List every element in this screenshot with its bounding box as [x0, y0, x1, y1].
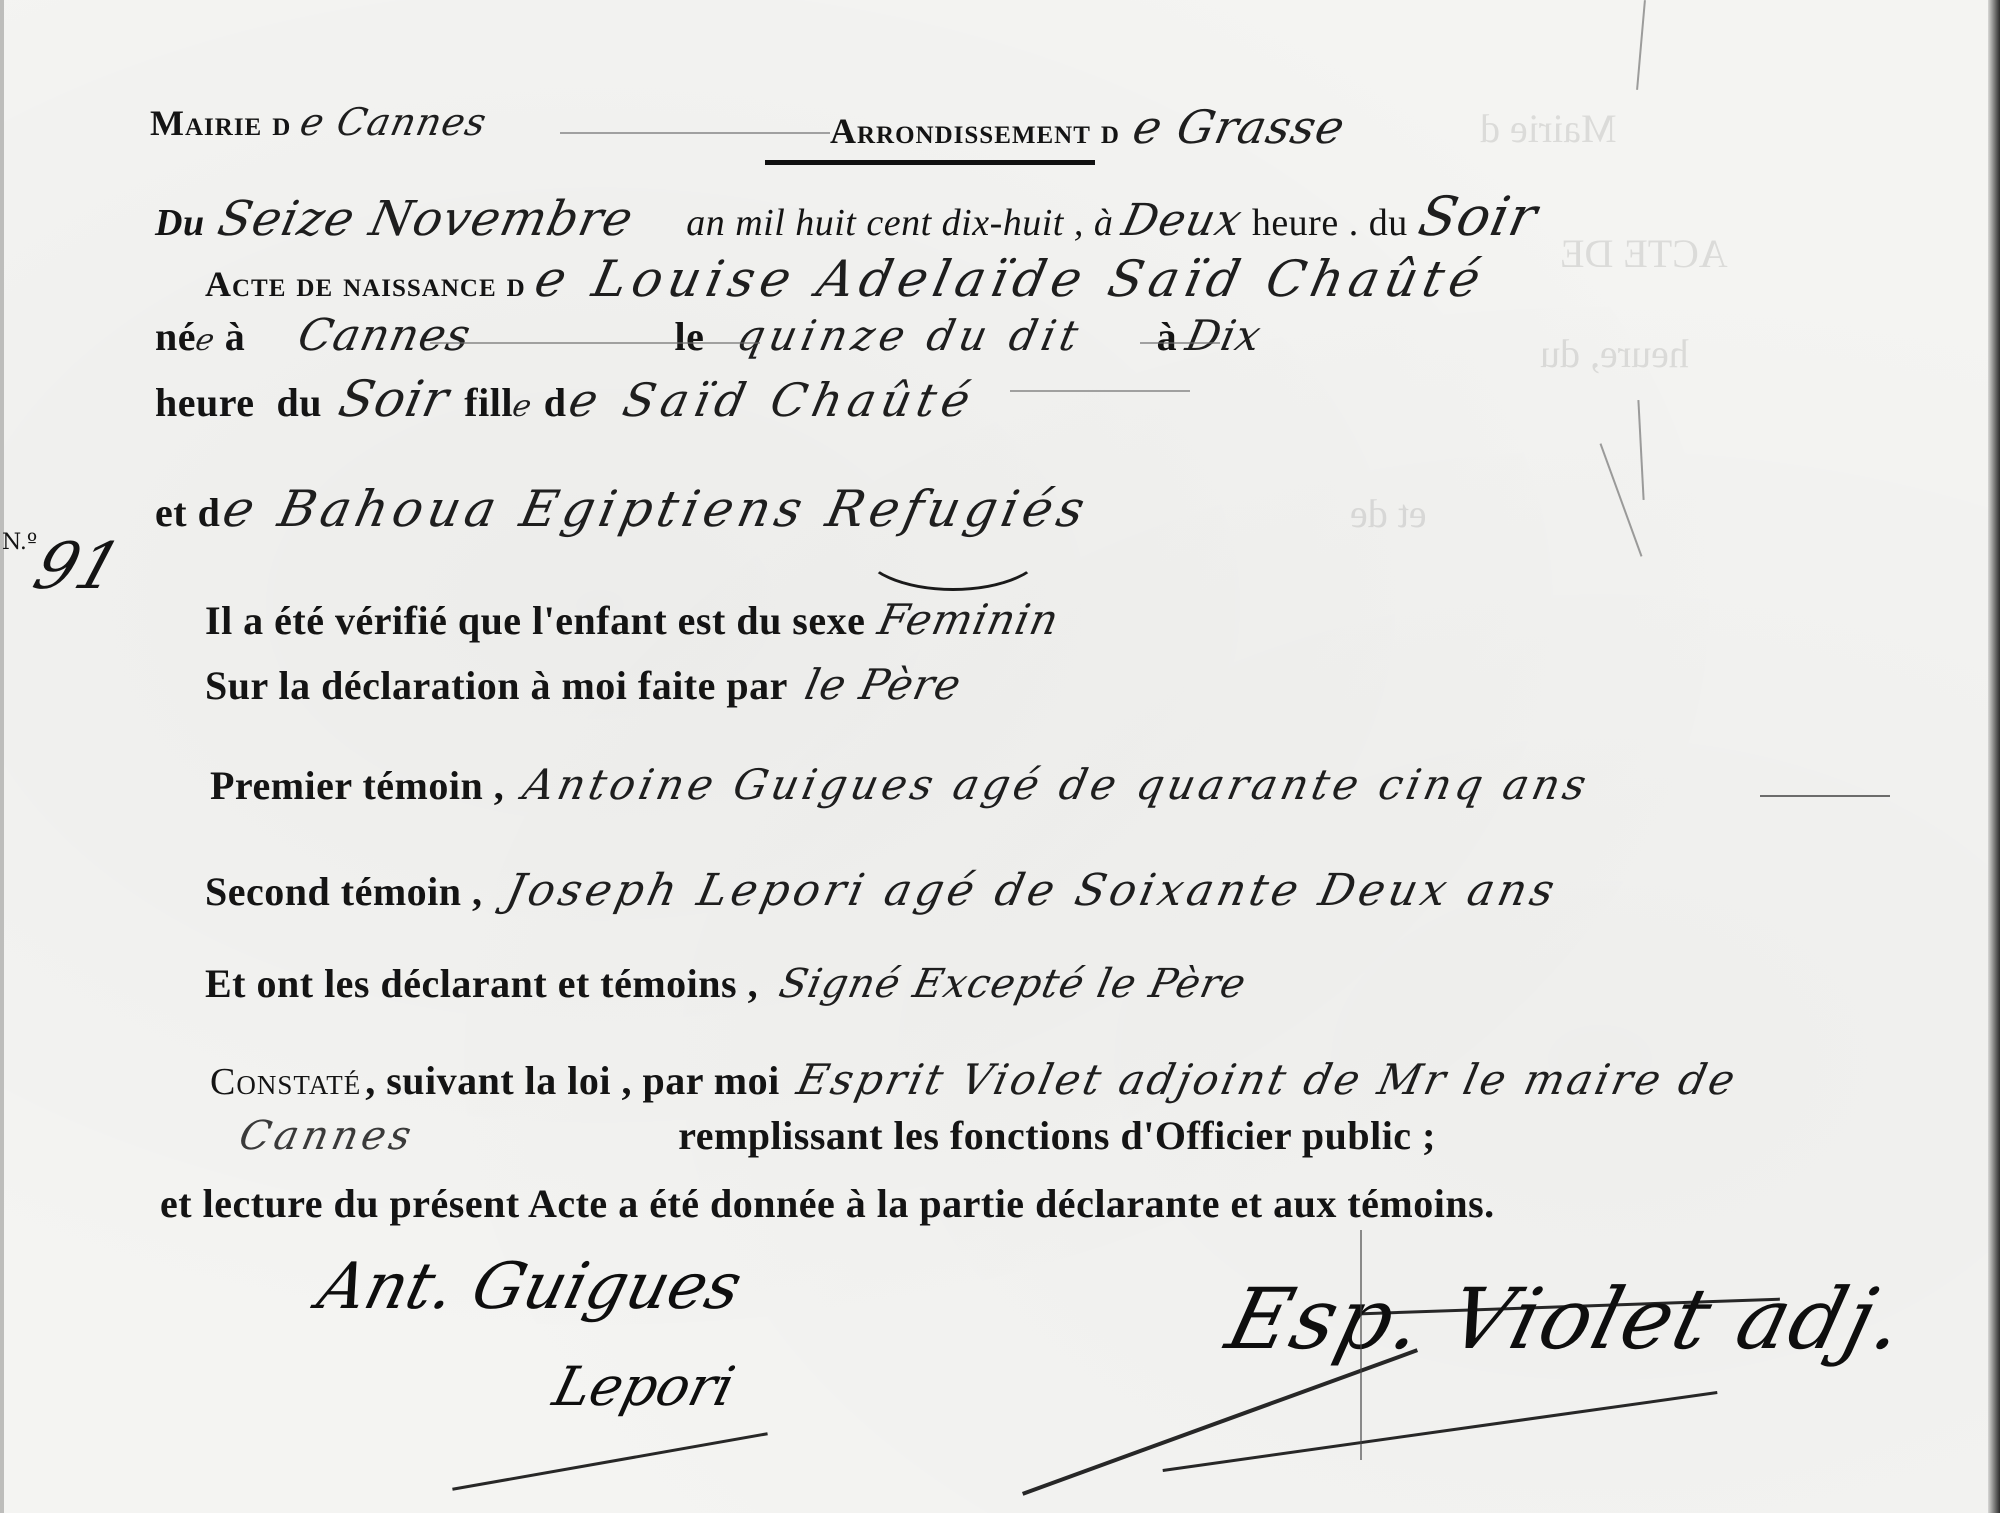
ne-suffix: e: [192, 323, 218, 358]
witness-2-label: Second témoin ,: [205, 869, 483, 914]
bleed-through-text: ACTE DE: [1560, 230, 1728, 277]
birth-day-rule: [1140, 342, 1220, 344]
signature-officer-paraph: [1163, 1391, 1718, 1472]
page-right-edge-shadow: [1988, 0, 2000, 1513]
arrondissement-label: Arrondissement d: [830, 111, 1120, 151]
margin-number-prefix: N.º: [2, 530, 37, 555]
page-left-edge: [0, 0, 4, 1513]
constate-label: Constaté: [210, 1061, 361, 1103]
date-value: Seize Novembre: [213, 191, 639, 247]
signature-officer: Esp. Violet adj.: [1218, 1270, 1916, 1368]
officer-role-printed: remplissant les fonctions d'Officier pub…: [678, 1113, 1436, 1158]
birth-place-value: Cannes: [294, 310, 476, 361]
declarant-value: le Père: [801, 660, 966, 709]
signature-officer-stroke: [1022, 1348, 1418, 1495]
heure-du-printed: heure . du: [1252, 202, 1408, 244]
signature-witness-1: Ant. Guigues: [311, 1250, 749, 1324]
fille-suffix: e: [509, 389, 535, 424]
officer-continuation-line: Cannes remplissant les fonctions d'Offic…: [220, 1112, 1436, 1159]
scanned-document-page: Mairie d ACTE DE heure, du et de N.º91 M…: [0, 0, 2000, 1513]
signed-printed: Et ont les déclarant et témoins ,: [205, 961, 758, 1006]
birth-day-value: quinze du dit: [733, 311, 1088, 360]
birth-period-value: Soir: [334, 370, 455, 428]
acte-label: Acte de naissance d: [205, 264, 526, 304]
paper-crease: [1636, 0, 1646, 90]
mairie-label: Mairie d: [150, 103, 291, 143]
bleed-through-text: Mairie d: [1480, 105, 1617, 152]
father-fill-rule: [1010, 390, 1190, 392]
et-de-printed: et d: [155, 490, 220, 535]
paper-crease: [1600, 443, 1643, 556]
header-line: Mairie d e Cannes: [150, 100, 487, 144]
birth-place-line: née à Cannes le quinze du dit à Dix: [155, 310, 1261, 361]
le-printed: le: [674, 314, 704, 359]
officer-value: Esprit Violet adjoint de Mr le maire de: [793, 1055, 1743, 1104]
birth-place-rule: [430, 342, 760, 344]
a2-printed: à: [1157, 314, 1178, 359]
witness-1-line: Premier témoin , Antoine Guigues agé de …: [210, 760, 1590, 809]
sex-value: Feminin: [874, 595, 1064, 644]
declaration-printed: Sur la déclaration à moi faite par: [205, 663, 788, 708]
witness-1-label: Premier témoin ,: [210, 763, 504, 808]
mother-name-flourish: [860, 505, 1046, 591]
birth-hour-value: Dix: [1182, 311, 1266, 360]
bleed-through-text: heure, du: [1540, 330, 1689, 377]
father-name-value: e Saïd Chaûté: [565, 373, 982, 427]
du-printed: du: [277, 380, 323, 425]
margin-register-number: N.º91: [2, 530, 119, 604]
witness-2-line: Second témoin , Joseph Lepori agé de Soi…: [205, 865, 1557, 916]
heure-printed: heure: [155, 380, 255, 425]
acte-line: Acte de naissance d e Louise Adelaïde Sa…: [205, 250, 1485, 308]
sex-printed: Il a été vérifié que l'enfant est du sex…: [205, 598, 865, 643]
signature-underline: [452, 1432, 768, 1491]
date-line: Du Seize Novembre an mil huit cent dix-h…: [155, 185, 1536, 248]
du-label: Du: [155, 202, 205, 244]
paper-crease: [1360, 1230, 1362, 1460]
witness-1-fill-rule: [1760, 795, 1890, 797]
signed-line: Et ont les déclarant et témoins , Signé …: [205, 960, 1246, 1007]
hour-value: Deux: [1118, 195, 1247, 246]
father-line: heure du Soir fille d e Saïd Chaûté: [155, 370, 976, 428]
mairie-fill-rule: [560, 132, 830, 134]
declaration-line: Sur la déclaration à moi faite par le Pè…: [205, 660, 961, 709]
witness-1-value: Antoine Guigues agé de quarante cinq ans: [519, 760, 1595, 809]
officer-continuation-value: Cannes: [235, 1113, 419, 1159]
header-underline: [765, 160, 1095, 165]
witness-2-value: Joseph Lepori agé de Soixante Deux ans: [501, 865, 1562, 916]
bleed-through-text: et de: [1350, 490, 1427, 537]
sex-line: Il a été vérifié que l'enfant est du sex…: [205, 595, 1059, 644]
child-name-value: e Louise Adelaïde Saïd Chaûté: [530, 250, 1492, 308]
fille-printed: fill: [464, 380, 513, 425]
margin-number-value: 91: [25, 530, 130, 604]
closing-printed: et lecture du présent Acte a été donnée …: [160, 1181, 1495, 1226]
constate-line: Constaté , suivant la loi , par moi Espr…: [210, 1055, 1737, 1104]
signature-witness-2: Lepori: [547, 1355, 741, 1418]
signed-value: Signé Excepté le Père: [775, 961, 1250, 1007]
closing-line: et lecture du présent Acte a été donnée …: [160, 1180, 1495, 1227]
paper-crease: [1637, 400, 1644, 500]
arrondissement-value: e Grasse: [1128, 100, 1350, 154]
period-value: Soir: [1413, 185, 1543, 248]
arrondissement-line: Arrondissement d e Grasse: [830, 100, 1344, 154]
a-printed: à: [225, 314, 246, 359]
constate-printed: , suivant la loi , par moi: [365, 1058, 780, 1103]
ne-printed: né: [155, 314, 196, 359]
de-printed: d: [544, 380, 567, 425]
mairie-value: e Cannes: [297, 100, 492, 144]
year-printed: an mil huit cent dix-huit , à: [686, 202, 1113, 244]
